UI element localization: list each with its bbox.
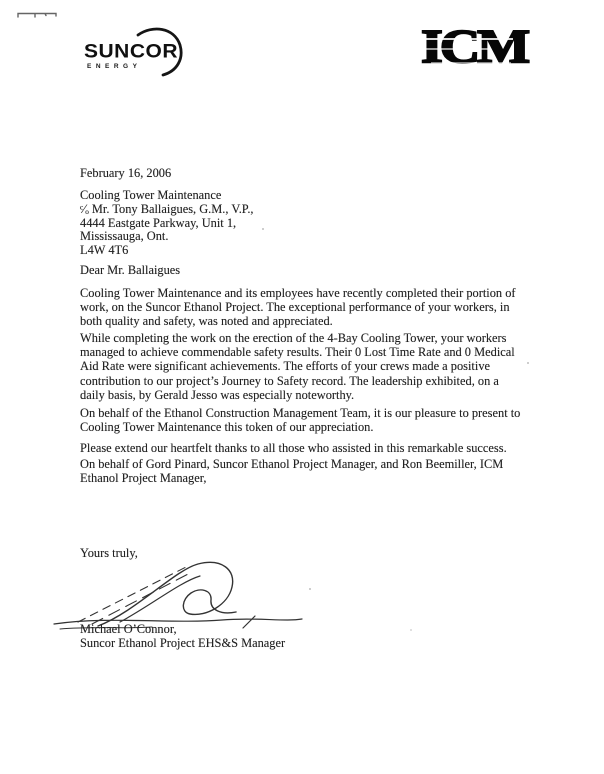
body-line: On behalf of the Ethanol Construction Ma…	[80, 406, 520, 420]
recipient-line: L4W 4T6	[80, 244, 254, 258]
signer-name: Michael O’Connor,	[80, 622, 177, 636]
body-line: Ethanol Project Manager,	[80, 471, 503, 485]
body-line: While completing the work on the erectio…	[80, 331, 515, 345]
icm-streak-artifact	[431, 62, 511, 64]
recipient-line: ᶜ⁄ₒ Mr. Tony Ballaigues, G.M., V.P.,	[80, 203, 254, 217]
body-line: Cooling Tower Maintenance and its employ…	[80, 286, 516, 300]
body-line: work, on the Suncor Ethanol Project. The…	[80, 300, 516, 314]
icm-streak-artifact	[421, 48, 491, 50]
letter-date: February 16, 2006	[80, 166, 171, 180]
body-line: both quality and safety, was noted and a…	[80, 314, 516, 328]
body-line: Aid Rate were significant achievements. …	[80, 359, 515, 373]
body-line: Cooling Tower Maintenance this token of …	[80, 420, 520, 434]
signer-title-block: Suncor Ethanol Project EHS&S Manager	[80, 636, 285, 650]
paragraph-4: Please extend our heartfelt thanks to al…	[80, 441, 507, 455]
scanned-letter-page: SUNCOR ENERGY ICM February 16, 2006 Cool…	[0, 0, 604, 774]
paragraph-5: On behalf of Gord Pinard, Suncor Ethanol…	[80, 457, 503, 485]
body-line: Please extend our heartfelt thanks to al…	[80, 441, 507, 455]
signer-title: Suncor Ethanol Project EHS&S Manager	[80, 636, 285, 650]
scan-speck	[527, 362, 529, 364]
suncor-logo: SUNCOR ENERGY	[84, 28, 204, 80]
body-line: daily basis, by Gerald Jesso was especia…	[80, 388, 515, 402]
recipient-address-block: Cooling Tower Maintenance ᶜ⁄ₒ Mr. Tony B…	[80, 189, 254, 258]
suncor-swoosh-icon	[130, 27, 194, 81]
salutation-block: Dear Mr. Ballaigues	[80, 263, 180, 277]
letter-date-block: February 16, 2006	[80, 166, 171, 180]
scan-speck	[410, 629, 412, 631]
scan-artifact-line	[0, 0, 70, 24]
recipient-line: Cooling Tower Maintenance	[80, 189, 254, 203]
body-line: On behalf of Gord Pinard, Suncor Ethanol…	[80, 457, 503, 471]
scan-speck	[309, 588, 311, 590]
icm-logo: ICM	[421, 24, 521, 80]
recipient-line: Mississauga, Ont.	[80, 230, 254, 244]
scan-speck	[262, 228, 264, 230]
salutation: Dear Mr. Ballaigues	[80, 263, 180, 277]
paragraph-3: On behalf of the Ethanol Construction Ma…	[80, 406, 520, 434]
paragraph-1: Cooling Tower Maintenance and its employ…	[80, 286, 516, 329]
signer-name-block: Michael O’Connor,	[80, 622, 177, 636]
body-line: contribution to our project’s Journey to…	[80, 374, 515, 388]
recipient-line: 4444 Eastgate Parkway, Unit 1,	[80, 217, 254, 231]
body-line: managed to achieve commendable safety re…	[80, 345, 515, 359]
icm-streak-artifact	[425, 38, 513, 40]
paragraph-2: While completing the work on the erectio…	[80, 331, 515, 402]
